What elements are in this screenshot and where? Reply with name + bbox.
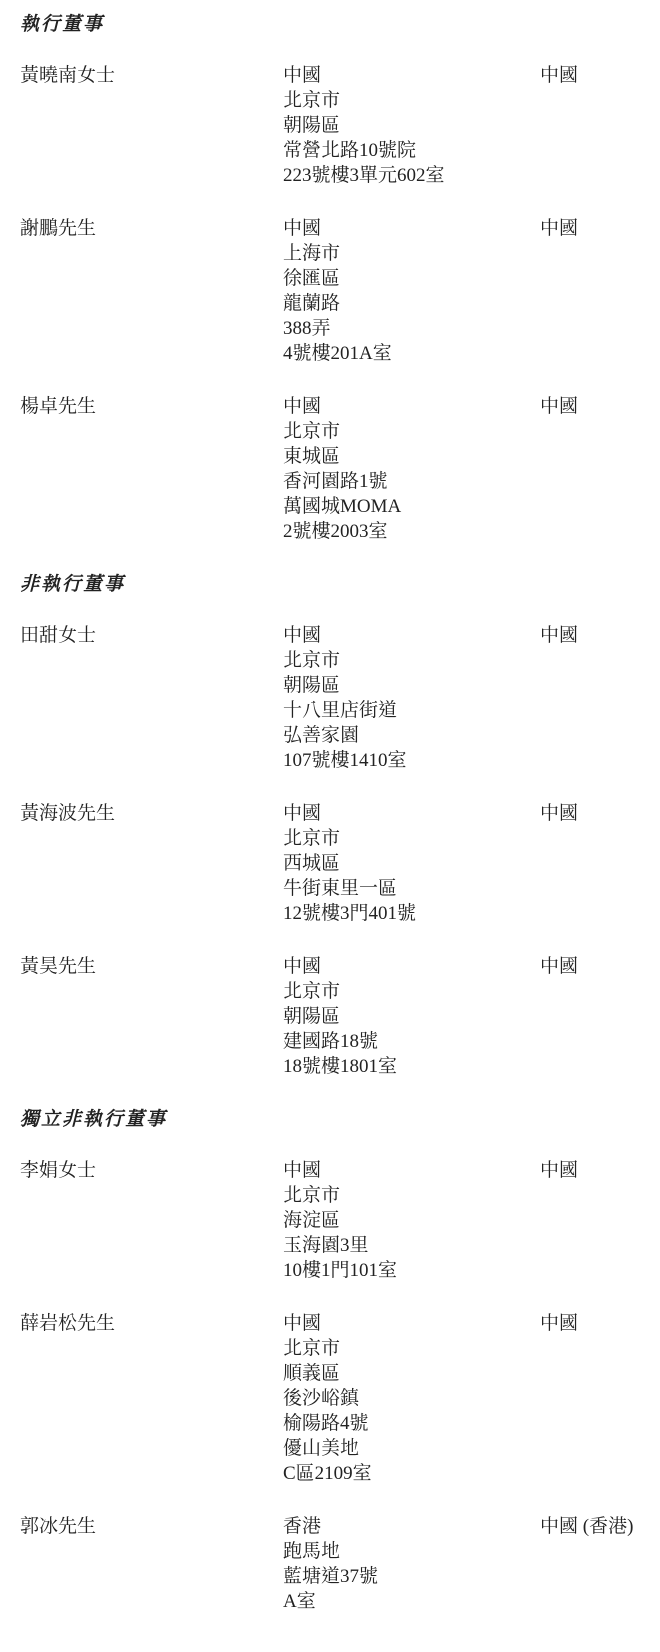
director-address: 中國北京市西城區牛街東里一區12號樓3門401號 — [283, 801, 540, 926]
director-row: 李娟女士 中國北京市海淀區玉海園3里10樓1門101室 中國 — [20, 1158, 660, 1283]
director-nationality: 中國 — [540, 63, 660, 188]
address-line: 中國 — [283, 1158, 540, 1183]
director-nationality: 中國 — [540, 954, 660, 1079]
address-line: 東城區 — [283, 444, 540, 469]
address-line: 朝陽區 — [283, 113, 540, 138]
address-line: 18號樓1801室 — [283, 1054, 540, 1079]
address-line: 中國 — [283, 63, 540, 88]
director-name: 謝鵬先生 — [20, 216, 283, 366]
director-name: 薛岩松先生 — [20, 1311, 283, 1486]
director-name: 黃海波先生 — [20, 801, 283, 926]
address-line: 弘善家園 — [283, 723, 540, 748]
section-rows: 田甜女士 中國北京市朝陽區十八里店街道弘善家園107號樓1410室 中國 黃海波… — [20, 623, 660, 1079]
address-line: 中國 — [283, 954, 540, 979]
section-rows: 黃曉南女士 中國北京市朝陽區常營北路10號院223號樓3單元602室 中國 謝鵬… — [20, 63, 660, 544]
director-section: 非執行董事 田甜女士 中國北京市朝陽區十八里店街道弘善家園107號樓1410室 … — [20, 572, 660, 1079]
address-line: 107號樓1410室 — [283, 748, 540, 773]
address-line: 優山美地 — [283, 1436, 540, 1461]
director-name: 李娟女士 — [20, 1158, 283, 1283]
address-line: 中國 — [283, 1311, 540, 1336]
address-line: 藍塘道37號 — [283, 1564, 540, 1589]
section-heading: 執行董事 — [20, 12, 660, 37]
address-line: 萬國城MOMA — [283, 494, 540, 519]
director-name: 楊卓先生 — [20, 394, 283, 544]
director-name: 田甜女士 — [20, 623, 283, 773]
address-line: 常營北路10號院 — [283, 138, 540, 163]
director-row: 田甜女士 中國北京市朝陽區十八里店街道弘善家園107號樓1410室 中國 — [20, 623, 660, 773]
director-row: 楊卓先生 中國北京市東城區香河園路1號萬國城MOMA2號樓2003室 中國 — [20, 394, 660, 544]
director-nationality: 中國 — [540, 801, 660, 926]
address-line: 北京市 — [283, 1183, 540, 1208]
address-line: 建國路18號 — [283, 1029, 540, 1054]
address-line: 中國 — [283, 216, 540, 241]
director-address: 中國北京市海淀區玉海園3里10樓1門101室 — [283, 1158, 540, 1283]
director-name: 郭冰先生 — [20, 1514, 283, 1614]
director-name: 黃昊先生 — [20, 954, 283, 1079]
director-nationality: 中國 — [540, 216, 660, 366]
address-line: C區2109室 — [283, 1461, 540, 1486]
director-address: 香港跑馬地藍塘道37號A室 — [283, 1514, 540, 1614]
director-row: 黃昊先生 中國北京市朝陽區建國路18號18號樓1801室 中國 — [20, 954, 660, 1079]
director-nationality: 中國 — [540, 1158, 660, 1283]
director-address: 中國上海市徐匯區龍蘭路388弄4號樓201A室 — [283, 216, 540, 366]
address-line: 朝陽區 — [283, 673, 540, 698]
address-line: 龍蘭路 — [283, 291, 540, 316]
address-line: 北京市 — [283, 826, 540, 851]
director-nationality: 中國 — [540, 623, 660, 773]
director-row: 郭冰先生 香港跑馬地藍塘道37號A室 中國 (香港) — [20, 1514, 660, 1614]
address-line: 388弄 — [283, 316, 540, 341]
address-line: 北京市 — [283, 979, 540, 1004]
address-line: 上海市 — [283, 241, 540, 266]
address-line: 朝陽區 — [283, 1004, 540, 1029]
address-line: 後沙峪鎮 — [283, 1386, 540, 1411]
director-address: 中國北京市朝陽區十八里店街道弘善家園107號樓1410室 — [283, 623, 540, 773]
address-line: 牛街東里一區 — [283, 876, 540, 901]
address-line: 香港 — [283, 1514, 540, 1539]
director-address: 中國北京市東城區香河園路1號萬國城MOMA2號樓2003室 — [283, 394, 540, 544]
address-line: 2號樓2003室 — [283, 519, 540, 544]
address-line: 中國 — [283, 623, 540, 648]
director-name: 黃曉南女士 — [20, 63, 283, 188]
address-line: 跑馬地 — [283, 1539, 540, 1564]
section-rows: 李娟女士 中國北京市海淀區玉海園3里10樓1門101室 中國 薛岩松先生 中國北… — [20, 1158, 660, 1614]
director-row: 黃海波先生 中國北京市西城區牛街東里一區12號樓3門401號 中國 — [20, 801, 660, 926]
director-address: 中國北京市朝陽區建國路18號18號樓1801室 — [283, 954, 540, 1079]
address-line: 10樓1門101室 — [283, 1258, 540, 1283]
director-address: 中國北京市朝陽區常營北路10號院223號樓3單元602室 — [283, 63, 540, 188]
director-address: 中國北京市順義區後沙峪鎮榆陽路4號優山美地C區2109室 — [283, 1311, 540, 1486]
director-section: 獨立非執行董事 李娟女士 中國北京市海淀區玉海園3里10樓1門101室 中國 薛… — [20, 1107, 660, 1614]
address-line: 玉海園3里 — [283, 1233, 540, 1258]
address-line: 香河園路1號 — [283, 469, 540, 494]
section-heading: 非執行董事 — [20, 572, 660, 597]
director-nationality: 中國 (香港) — [540, 1514, 660, 1614]
director-row: 黃曉南女士 中國北京市朝陽區常營北路10號院223號樓3單元602室 中國 — [20, 63, 660, 188]
address-line: 北京市 — [283, 88, 540, 113]
director-section: 執行董事 黃曉南女士 中國北京市朝陽區常營北路10號院223號樓3單元602室 … — [20, 12, 660, 544]
director-nationality: 中國 — [540, 1311, 660, 1486]
directors-register-page: 執行董事 黃曉南女士 中國北京市朝陽區常營北路10號院223號樓3單元602室 … — [0, 0, 660, 1652]
address-line: 西城區 — [283, 851, 540, 876]
address-line: 十八里店街道 — [283, 698, 540, 723]
address-line: 北京市 — [283, 419, 540, 444]
address-line: 北京市 — [283, 648, 540, 673]
address-line: 中國 — [283, 801, 540, 826]
address-line: 榆陽路4號 — [283, 1411, 540, 1436]
section-heading: 獨立非執行董事 — [20, 1107, 660, 1132]
director-row: 薛岩松先生 中國北京市順義區後沙峪鎮榆陽路4號優山美地C區2109室 中國 — [20, 1311, 660, 1486]
address-line: 海淀區 — [283, 1208, 540, 1233]
address-line: 12號樓3門401號 — [283, 901, 540, 926]
address-line: 223號樓3單元602室 — [283, 163, 540, 188]
address-line: 中國 — [283, 394, 540, 419]
address-line: A室 — [283, 1589, 540, 1614]
director-row: 謝鵬先生 中國上海市徐匯區龍蘭路388弄4號樓201A室 中國 — [20, 216, 660, 366]
director-nationality: 中國 — [540, 394, 660, 544]
address-line: 4號樓201A室 — [283, 341, 540, 366]
address-line: 北京市 — [283, 1336, 540, 1361]
address-line: 徐匯區 — [283, 266, 540, 291]
address-line: 順義區 — [283, 1361, 540, 1386]
